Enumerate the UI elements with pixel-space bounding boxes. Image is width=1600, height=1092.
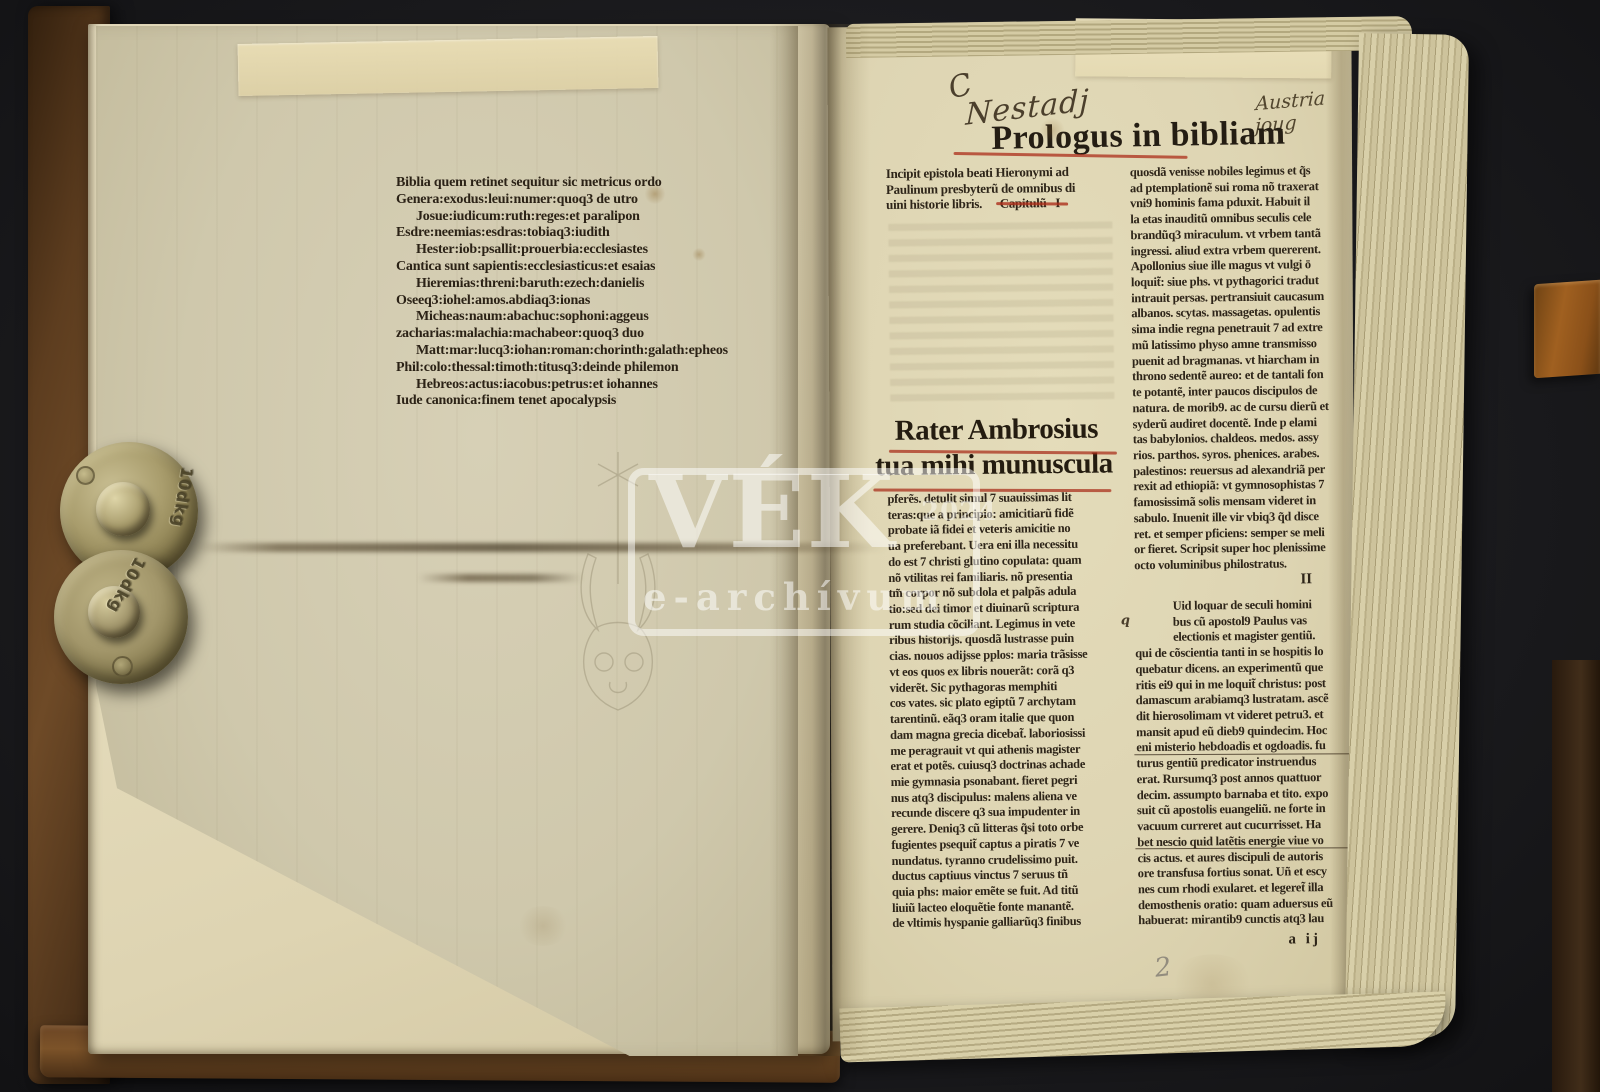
red-underline-capitulum	[996, 202, 1068, 205]
verification-stamp	[76, 466, 95, 485]
poem-line: Micheas:naum:abachuc:sophoni:aggeus	[416, 309, 756, 326]
right-page: C Nestadj Austria joug Prologus in bibli…	[827, 25, 1356, 1042]
metrical-order-poem: Biblia quem retinet sequitur sic metricu…	[396, 175, 756, 410]
page-edges-fore-edge	[1345, 33, 1469, 1038]
repair-tape-left	[238, 36, 659, 96]
poem-line: Hebreos:actus:iacobus:petrus:et iohannes	[416, 377, 756, 394]
ink-smudge-long	[196, 543, 886, 552]
oxhead-watermark-sketch	[536, 434, 706, 734]
weight-knob	[96, 482, 150, 536]
text-line: de vltimis hyspanie galliarũq3 finibus	[892, 914, 1128, 932]
quire-signature: a ij	[1288, 931, 1321, 948]
stain-spot	[1039, 118, 1065, 142]
stain-spot	[692, 248, 706, 261]
stain-spot	[516, 906, 570, 946]
poem-line: Genera:exodus:leui:numer:quoq3 de utro	[396, 192, 756, 209]
showthrough-text-block	[888, 221, 1114, 406]
poem-line: Iude canonica:finem tenet apocalypsis	[396, 393, 756, 410]
text-column-1: pferẽs. detulit simul 7 suauissimas litt…	[887, 489, 1128, 932]
clasp-strap	[1534, 280, 1600, 379]
poem-line: Matt:mar:lucq3:iohan:roman:chorinth:gala…	[416, 343, 756, 360]
poem-line: Oseeq3:iohel:amos.abdiaq3:ionas	[396, 293, 756, 310]
right-page-content: C Nestadj Austria joug Prologus in bibli…	[826, 23, 1361, 1043]
photo-stage: Biblia quem retinet sequitur sic metricu…	[0, 0, 1600, 1092]
ink-smudge-short	[418, 574, 583, 582]
poem-line: zacharias:malachia:machabeor:quoq3 duo	[396, 326, 756, 343]
weight-engraving: 10dkg	[168, 466, 196, 529]
poem-line: Biblia quem retinet sequitur sic metricu…	[396, 175, 756, 192]
brass-weight-bottom: 10dkg	[54, 550, 188, 684]
section-number: II	[1300, 571, 1312, 588]
poem-line: Phil:colo:thessal:timoth:titusq3:deinde …	[396, 360, 756, 377]
poem-line: Cantica sunt sapientis:ecclesiasticus:et…	[396, 259, 756, 276]
dropcap-line-1: Rater Ambrosius	[874, 411, 1144, 449]
poem-line: Esdre:neemias:esdras:tobiaq3:iudith	[396, 225, 756, 242]
back-cover-edge	[1552, 660, 1600, 1092]
poem-line: Hieremias:threni:baruth:ezech:danielis	[416, 276, 756, 293]
stain-spot	[644, 184, 666, 204]
incipit-block: Incipit epistola beati Hieronymi adPauli…	[886, 163, 1119, 213]
rubricator-guide-letter: q	[1121, 613, 1130, 628]
verification-stamp	[112, 656, 133, 677]
poem-line: Josue:iudicum:ruth:reges:et paralipon	[416, 209, 756, 226]
